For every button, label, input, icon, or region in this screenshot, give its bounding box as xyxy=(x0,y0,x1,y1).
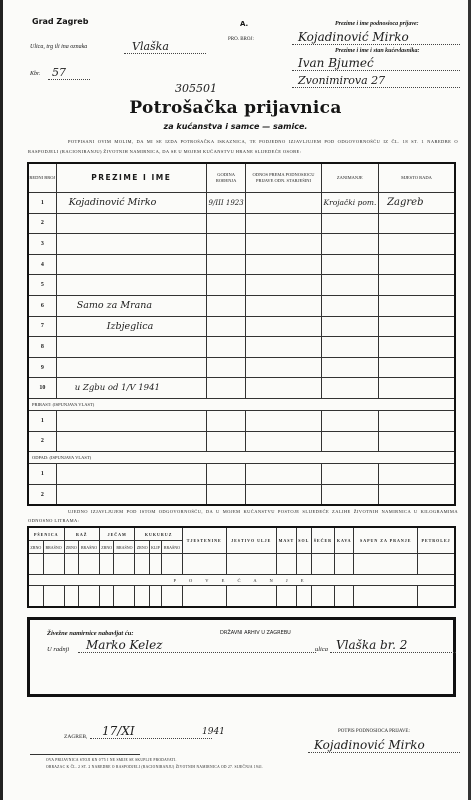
row-number: 7 xyxy=(28,316,56,337)
person-occupation xyxy=(321,295,379,316)
person-relation xyxy=(246,213,321,234)
date-value: 17/XI xyxy=(90,724,212,739)
person-workplace: Zagreb xyxy=(379,193,455,214)
row-number: 3 xyxy=(28,234,56,255)
person-name: u Zgbu od 1/V 1941 xyxy=(56,378,206,399)
person-birth xyxy=(206,378,246,399)
person-workplace xyxy=(379,378,455,399)
person-occupation xyxy=(321,316,379,337)
departures-label: ODPAD: (Ispunjava vlast) xyxy=(28,452,455,464)
person-name xyxy=(56,357,206,378)
person-birth: 9/III 1923 xyxy=(206,193,246,214)
increase-label: P O V E Ć A N J E xyxy=(28,575,455,586)
person-workplace xyxy=(379,275,455,296)
signature-label: POTPIS PODNOSIOCA PRIJAVE: xyxy=(338,729,410,734)
shop-box: Živežne namirnice nabavljat ću: DRŽAVNI … xyxy=(27,617,456,697)
reg-number-label: PRO. BROJ: xyxy=(228,37,254,42)
group-corn: KUKURUZ xyxy=(135,527,182,541)
person-name: Izbjeglica xyxy=(56,316,206,337)
col-pasta: TJESTENINE xyxy=(182,527,226,554)
person-birth xyxy=(206,357,246,378)
row-number: 2 xyxy=(28,484,56,505)
landlord-address: Zvonimirova 27 xyxy=(292,74,460,88)
sub-flour: BRAŠNO xyxy=(43,541,64,554)
increase-row: P O V E Ć A N J E xyxy=(28,575,455,586)
supplies-values-row xyxy=(28,554,455,575)
row-number: 10 xyxy=(28,378,56,399)
signature-value: Kojadinović Mirko xyxy=(308,738,460,753)
sub-grain: ZRNO xyxy=(28,541,43,554)
archive-stamp: DRŽAVNI ARHIV U ZAGREBU xyxy=(220,630,291,636)
supplies-header-groups: PŠENICA RAŽ JEČAM KUKURUZ TJESTENINE JES… xyxy=(28,527,455,541)
person-occupation: Krojački pom. xyxy=(321,193,379,214)
table-row: 7Izbjeglica xyxy=(28,316,455,337)
person-birth xyxy=(206,295,246,316)
col-header-workplace: MJESTO RADA xyxy=(379,163,455,193)
year-value: 1941 xyxy=(202,727,225,737)
person-name xyxy=(56,234,206,255)
table-row: 2 xyxy=(28,484,455,505)
col-oil: JESTIVO ULJE xyxy=(226,527,276,554)
person-relation xyxy=(246,193,321,214)
person-relation xyxy=(246,254,321,275)
col-header-no: REDNI BROJ xyxy=(28,163,56,193)
table-row: 1 Kojadinović Mirko 9/III 1923 Krojački … xyxy=(28,193,455,214)
row-number: 2 xyxy=(28,431,56,452)
person-workplace xyxy=(379,316,455,337)
person-workplace xyxy=(379,254,455,275)
person-birth xyxy=(206,234,246,255)
person-name xyxy=(56,275,206,296)
group-wheat: PŠENICA xyxy=(28,527,64,541)
arrivals-section: PRIRAST: (Ispunjava vlast) xyxy=(28,398,455,410)
person-birth xyxy=(206,254,246,275)
person-birth xyxy=(206,316,246,337)
row-number: 1 xyxy=(28,464,56,485)
person-workplace xyxy=(379,337,455,358)
table-row: 2 xyxy=(28,213,455,234)
person-occupation xyxy=(321,275,379,296)
row-number: 2 xyxy=(28,213,56,234)
person-workplace xyxy=(379,295,455,316)
person-birth xyxy=(206,275,246,296)
sub-flour: BRAŠNO xyxy=(161,541,182,554)
group-barley: JEČAM xyxy=(99,527,134,541)
table-row: 10u Zgbu od 1/V 1941 xyxy=(28,378,455,399)
shop-name-label: U radnji xyxy=(47,646,69,653)
table-row: 9 xyxy=(28,357,455,378)
person-workplace xyxy=(379,213,455,234)
form-letter: A. xyxy=(240,20,248,28)
sub-grain: ZRNO xyxy=(135,541,149,554)
col-soap: SAPUN ZA PRANJE xyxy=(354,527,418,554)
person-birth xyxy=(206,213,246,234)
table-row: 3 xyxy=(28,234,455,255)
landlord-name: Ivan Bjumeć xyxy=(292,56,460,71)
person-name: Samo za Mrana xyxy=(56,295,206,316)
sub-flour: BRAŠNO xyxy=(114,541,135,554)
table-row: 5 xyxy=(28,275,455,296)
supplies-table: PŠENICA RAŽ JEČAM KUKURUZ TJESTENINE JES… xyxy=(27,526,456,608)
col-header-relation: ODNOS PREMA PODNOSIOCU PRIJAVE ODN. STAR… xyxy=(246,163,321,193)
shop-name-value: Marko Kelez xyxy=(78,638,316,653)
shop-street-label: ulica xyxy=(315,646,328,653)
sub-cob: KLIP xyxy=(149,541,161,554)
person-relation xyxy=(246,234,321,255)
shop-section-label: Živežne namirnice nabavljat ću: xyxy=(47,630,133,637)
person-relation xyxy=(246,316,321,337)
row-number: 9 xyxy=(28,357,56,378)
row-number: 5 xyxy=(28,275,56,296)
form-subtitle: za kućanstva i samce — samice. xyxy=(0,122,471,131)
footer-divider xyxy=(30,754,140,755)
col-petroleum: PETROLEJ xyxy=(418,527,455,554)
col-header-birth: GODINA ROĐENJA xyxy=(206,163,246,193)
person-occupation xyxy=(321,254,379,275)
col-salt: SOL xyxy=(296,527,311,554)
shop-street-value: Vlaška br. 2 xyxy=(330,638,456,653)
price-note: OVA PRIJAVNICA STOJI KN 0'75 I NE SMIJE … xyxy=(46,758,177,762)
col-header-name: PREZIME I IME xyxy=(56,163,206,193)
person-relation xyxy=(246,275,321,296)
person-occupation xyxy=(321,213,379,234)
col-header-occupation: ZANIMANJE xyxy=(321,163,379,193)
regulation-note: OBRAZAC K ČL. 2 ST. 2 NAREDBE O RASPODJE… xyxy=(46,765,263,769)
person-name: Kojadinović Mirko xyxy=(56,193,206,214)
place-label: ZAGREB, xyxy=(64,734,87,740)
group-rye: RAŽ xyxy=(64,527,99,541)
applicant-value: Kojadinović Mirko xyxy=(292,30,460,45)
person-occupation xyxy=(321,378,379,399)
table-row: 8 xyxy=(28,337,455,358)
scan-left-edge xyxy=(0,0,3,800)
person-birth xyxy=(206,337,246,358)
table-header: REDNI BROJ PREZIME I IME GODINA ROĐENJA … xyxy=(28,163,455,193)
applicant-label: Prezime i ime podnosioca prijave: xyxy=(335,21,419,27)
city-label: Grad Zagreb xyxy=(32,17,88,26)
arrivals-label: PRIRAST: (Ispunjava vlast) xyxy=(28,398,455,410)
person-name xyxy=(56,254,206,275)
person-relation xyxy=(246,337,321,358)
declaration-supplies: UJEDNO IZJAVLJUJEM POD ISTOM ODGOVORNOŠĆ… xyxy=(28,507,458,525)
col-sugar: ŠEĆER xyxy=(311,527,335,554)
person-occupation xyxy=(321,337,379,358)
street-value: Vlaška xyxy=(124,40,206,54)
sub-grain: ZRNO xyxy=(64,541,78,554)
row-number: 4 xyxy=(28,254,56,275)
table-row: 4 xyxy=(28,254,455,275)
persons-table: REDNI BROJ PREZIME I IME GODINA ROĐENJA … xyxy=(27,162,456,506)
col-lard: MAST xyxy=(276,527,296,554)
col-coffee: KAVA xyxy=(335,527,354,554)
person-workplace xyxy=(379,234,455,255)
street-label: Ulica, trg ili ina oznaka xyxy=(30,44,87,50)
form-title: Potrošačka prijavnica xyxy=(0,98,471,118)
stamp-number: 305501 xyxy=(175,82,217,95)
row-number: 1 xyxy=(28,410,56,431)
landlord-label: Prezime i ime i stan kućevlasnika: xyxy=(335,48,420,54)
increase-values-row xyxy=(28,586,455,608)
declaration-persons: POTPISANI OVIM MOLIM, DA MI SE IZDA POTR… xyxy=(28,137,458,157)
person-workplace xyxy=(379,357,455,378)
person-relation xyxy=(246,357,321,378)
sub-flour: BRAŠNO xyxy=(79,541,100,554)
person-occupation xyxy=(321,357,379,378)
row-number: 6 xyxy=(28,295,56,316)
table-row: 2 xyxy=(28,431,455,452)
table-row: 1 xyxy=(28,410,455,431)
table-row: 1 xyxy=(28,464,455,485)
person-name xyxy=(56,337,206,358)
row-number: 1 xyxy=(28,193,56,214)
person-name xyxy=(56,213,206,234)
house-no-value: 57 xyxy=(48,66,90,80)
row-number: 8 xyxy=(28,337,56,358)
person-relation xyxy=(246,295,321,316)
person-relation xyxy=(246,378,321,399)
departures-section: ODPAD: (Ispunjava vlast) xyxy=(28,452,455,464)
table-row: 6Samo za Mrana xyxy=(28,295,455,316)
person-occupation xyxy=(321,234,379,255)
house-no-label: Kbr. xyxy=(30,71,40,77)
sub-grain: ZRNO xyxy=(99,541,113,554)
